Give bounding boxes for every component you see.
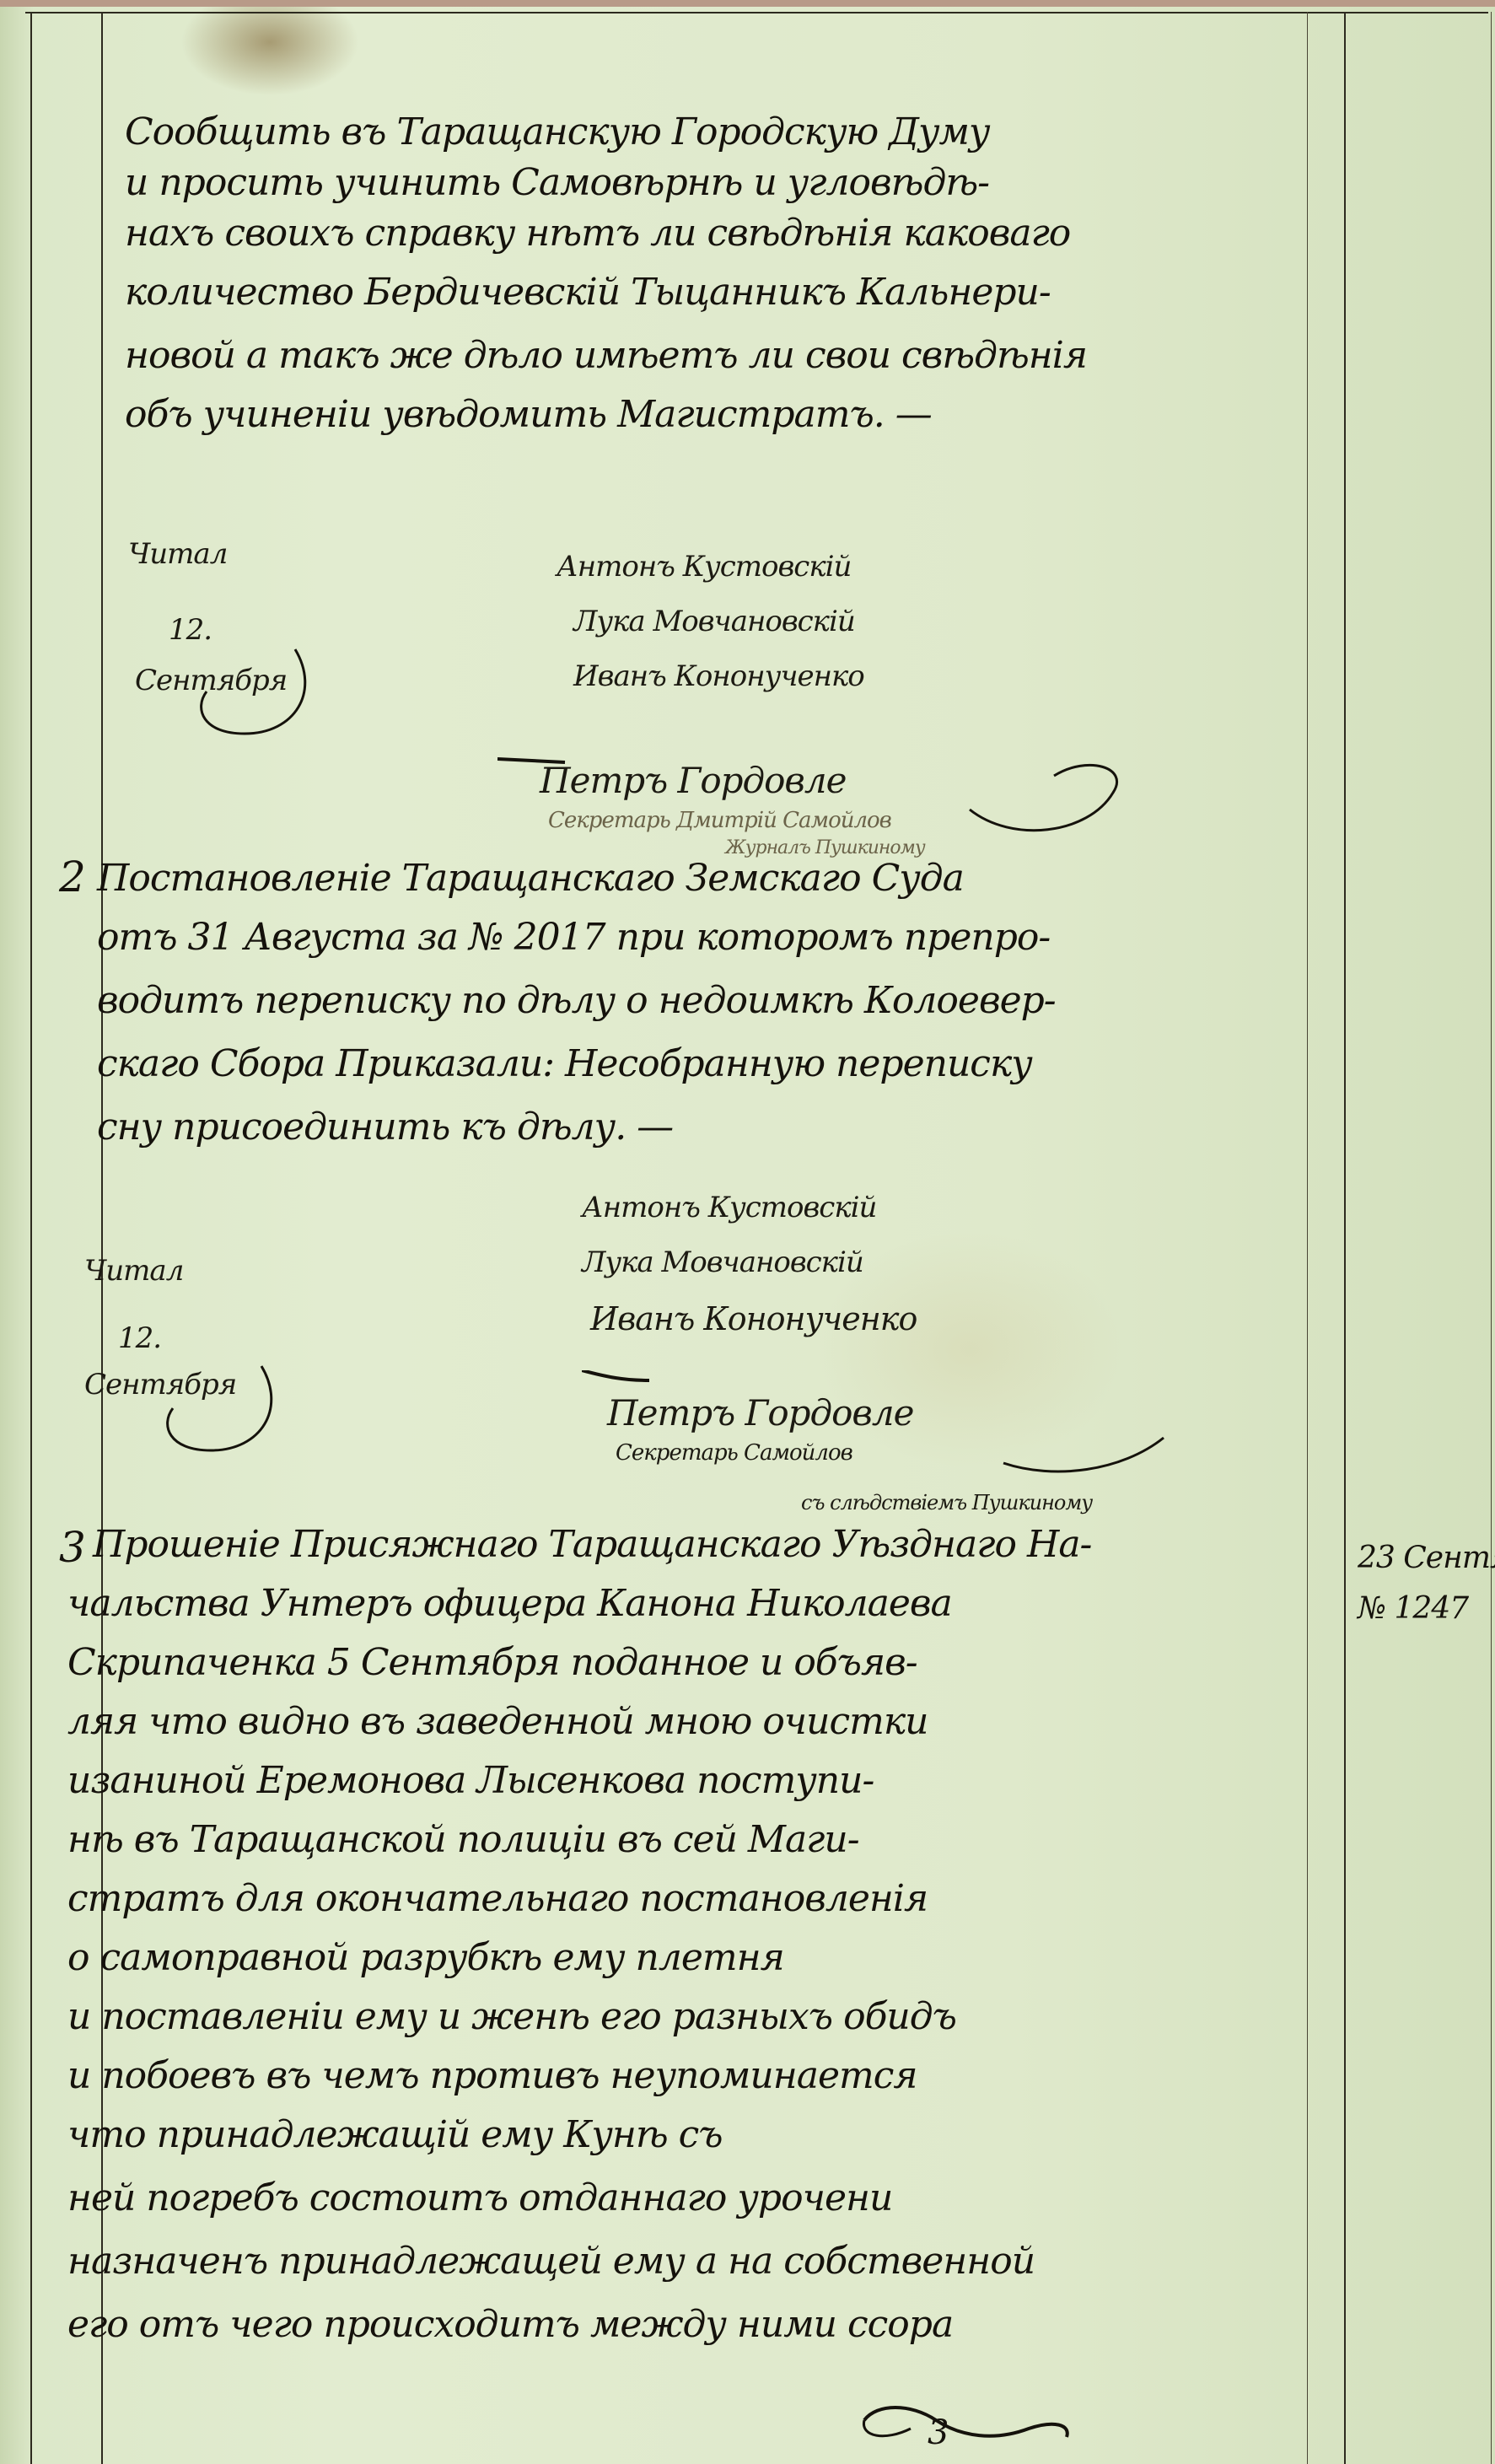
annotation: съ слѣдствіемъ Пушкиному (801, 1493, 1092, 1513)
end-flourish-icon (860, 2395, 1079, 2462)
entry-3-line: что принадлежащій ему Кунѣ съ (67, 2117, 723, 2154)
margin-flourish-icon (126, 641, 329, 742)
page-top-edge (0, 0, 1495, 7)
signature: Иванъ Кононученко (573, 662, 864, 691)
signature-flourish-icon (497, 750, 1138, 843)
left-border-rule (30, 12, 32, 2464)
entry-2-line: скаго Сбора Приказали: Несобранную переп… (97, 1046, 1032, 1083)
entry-3-line: изаниной Еремонова Лысенкова поступи- (67, 1762, 874, 1800)
text-column-right-rule (1307, 12, 1308, 2464)
margin-day: 12. (118, 1324, 161, 1353)
entry-1-line: и просить учинить Самовѣрнѣ и угловѣдѣ- (125, 164, 989, 202)
entry-3-line: его отъ чего происходитъ между ними ссор… (67, 2306, 953, 2343)
margin-day: 12. (169, 616, 212, 644)
entry-3-line: и поставленіи ему и женѣ его разныхъ оби… (67, 1999, 956, 2036)
signature: Антонъ Кустовскій (557, 552, 851, 581)
entry-3-line: стратъ для окончательнаго постановленія (67, 1880, 928, 1918)
document-page: Сообщить въ Таращанскую Городскую Думу и… (0, 0, 1495, 2464)
entry-3-line: Прошеніе Присяжнаго Таращанскаго Уѣзднаг… (93, 1526, 1091, 1563)
entry-2-line: Постановленіе Таращанскаго Земскаго Суда (97, 860, 964, 897)
signature: Антонъ Кустовскій (582, 1193, 876, 1222)
entry-3-line: чальства Унтеръ офицера Канона Николаева (67, 1585, 952, 1622)
date-column-left-rule (1344, 12, 1346, 2464)
top-rule (25, 12, 1488, 13)
signature: Лука Мовчановскій (573, 607, 855, 636)
signature: Иванъ Кононученко (590, 1303, 917, 1335)
margin-flourish-icon (93, 1358, 295, 1459)
entry-1-line: нахъ своихъ справку нѣтъ ли свѣдѣнія как… (125, 215, 1070, 252)
margin-number: № 1247 (1358, 1594, 1468, 1624)
entry-3-line: назначенъ принадлежащей ему а на собстве… (67, 2243, 1035, 2280)
entry-3-line: нѣ въ Таращанской полиціи въ сей Маги- (67, 1821, 859, 1859)
entry-1-line: Сообщить въ Таращанскую Городскую Думу (125, 114, 990, 151)
margin-read-note: Читал (84, 1256, 183, 1285)
entry-2-line: сну присоединить къ дѣлу. — (97, 1109, 673, 1146)
entry-2-line: отъ 31 Августа за № 2017 при которомъ пр… (97, 919, 1050, 956)
entry-3-line: и побоевъ въ чемъ противъ неупоминается (67, 2058, 917, 2095)
entry-1-line: новой а такъ же дѣло имѣетъ ли свои свѣд… (125, 337, 1087, 374)
signature: Лука Мовчановскій (582, 1248, 863, 1277)
entry-number: 3 (59, 1526, 85, 1568)
entry-2-line: водитъ переписку по дѣлу о недоимкѣ Коло… (97, 982, 1056, 1019)
entry-3-line: о самоправной разрубкѣ ему плетня (67, 1939, 784, 1977)
margin-read-note: Читал (128, 540, 227, 568)
entry-1-line: объ учиненіи увѣдомить Магистратъ. — (125, 396, 932, 433)
margin-date: 23 Сентября (1358, 1543, 1495, 1574)
entry-number: 2 (59, 856, 85, 898)
entry-1-line: количество Бердичевскій Тыцанникъ Кальне… (125, 274, 1051, 311)
entry-3-line: Скрипаченка 5 Сентября поданное и объяв- (67, 1644, 917, 1681)
entry-3-line: ляя что видно въ заведенной мною очистки (67, 1703, 928, 1740)
page-number-mark: 3 (928, 2416, 948, 2450)
signature-flourish-icon (582, 1370, 1189, 1480)
entry-3-line: ней погребъ состоитъ отданнаго урочени (67, 2180, 892, 2217)
page-right-rule (1491, 12, 1492, 2464)
